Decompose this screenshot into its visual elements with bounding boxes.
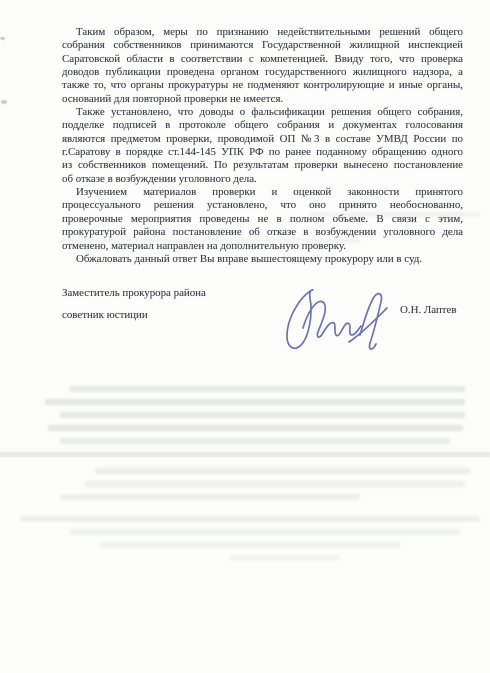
- text-block: Таким образом, меры по признанию недейст…: [62, 26, 463, 266]
- text-line: отменено, материал направлен на дополнит…: [62, 240, 463, 253]
- paragraph: Также установлено, что доводы о фальсифи…: [62, 106, 463, 186]
- bleedthrough-line: [60, 438, 450, 444]
- bleedthrough-line: [70, 529, 460, 535]
- bleedthrough-line: [60, 494, 360, 500]
- bleedthrough-line: [45, 399, 465, 405]
- text-line: являются предметом проверки, проводимой …: [62, 133, 463, 146]
- text-line: Обжаловать данный ответ Вы вправе вышест…: [62, 253, 463, 266]
- text-line: г.Саратову в порядке ст.144-145 УПК РФ п…: [62, 146, 463, 159]
- scan-band: [0, 452, 490, 457]
- scan-speck: [0, 37, 5, 40]
- text-line: прокуратурой района постановление об отк…: [62, 226, 463, 239]
- text-line: об отказе в возбуждении уголовного дела.: [62, 173, 463, 186]
- bleedthrough-line: [60, 412, 465, 418]
- text-line: оснований для повторной проверки не имее…: [62, 93, 463, 106]
- paragraph: Обжаловать данный ответ Вы вправе вышест…: [62, 253, 463, 266]
- paragraph: Таким образом, меры по признанию недейст…: [62, 26, 463, 106]
- text-line: подделке подписей в протоколе общего соб…: [62, 119, 463, 132]
- handwritten-signature-icon: [279, 283, 394, 361]
- text-line: доводов публикации проведена органом гос…: [62, 66, 463, 79]
- bleedthrough-line: [20, 516, 480, 522]
- text-line: Также установлено, что доводы о фальсифи…: [62, 106, 463, 119]
- text-line: из собственников помещений. По результат…: [62, 159, 463, 172]
- text-line: Саратовской области в соответствии с ком…: [62, 53, 463, 66]
- paragraph: Изучением материалов проверки и оценкой …: [62, 186, 463, 253]
- signer-rank: советник юстиции: [62, 309, 148, 321]
- signer-name: О.Н. Лаптев: [400, 304, 457, 316]
- text-line: процессуального решения установлено, что…: [62, 199, 463, 212]
- signer-position-title: Заместитель прокурора района: [62, 287, 206, 299]
- text-line: Таким образом, меры по признанию недейст…: [62, 26, 463, 39]
- bleedthrough-line: [100, 542, 400, 548]
- text-line: собрания собственников принимаются Госуд…: [62, 39, 463, 52]
- bleedthrough-line: [48, 425, 463, 431]
- bleedthrough-line: [95, 468, 470, 474]
- scanned-letter-page: Таким образом, меры по признанию недейст…: [0, 0, 490, 673]
- text-line: также то, что органы прокуратуры не подм…: [62, 79, 463, 92]
- text-line: Изучением материалов проверки и оценкой …: [62, 186, 463, 199]
- bleedthrough-line: [85, 481, 465, 487]
- bleedthrough-line: [70, 386, 465, 392]
- bleedthrough-line: [230, 555, 340, 561]
- scan-speck: [1, 100, 7, 104]
- text-line: проверочные мероприятия проведены не в п…: [62, 213, 463, 226]
